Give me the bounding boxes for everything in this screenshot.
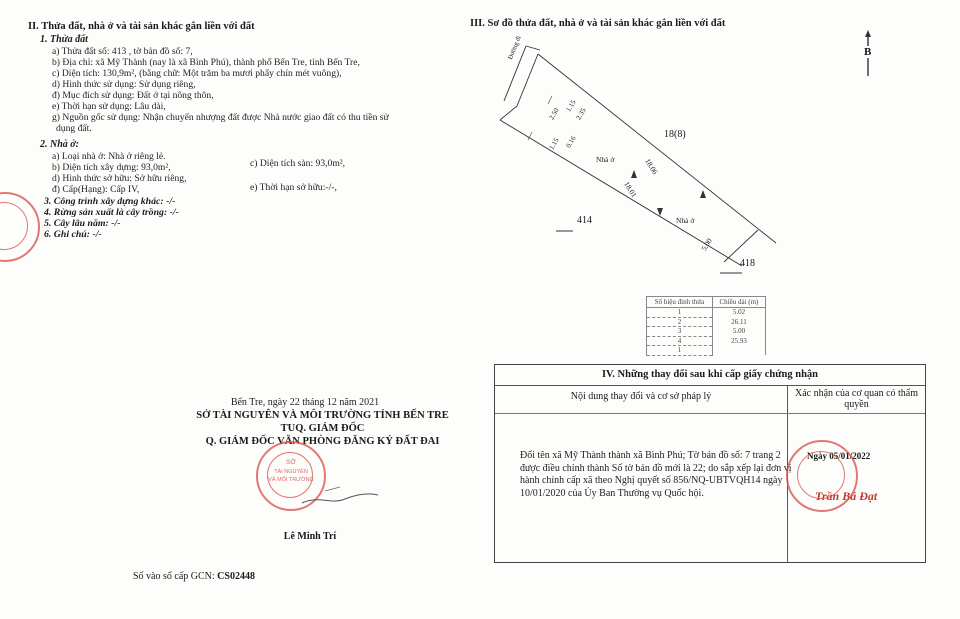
notes: 6. Ghi chú: -/- <box>44 229 179 240</box>
house-label-2: Nhà ở <box>676 216 694 225</box>
changes-table: IV. Những thay đổi sau khi cấp giấy chứn… <box>494 364 926 563</box>
seal-line-1: SỞ <box>258 459 324 467</box>
changes-content: Đổi tên xã Mỹ Thành thành xã Bình Phú; T… <box>520 450 800 500</box>
confirm-seal-stamp <box>786 440 858 512</box>
edge-length: 5.00 <box>712 327 765 337</box>
land-line: d) Hình thức sử dụng: Sử dụng riêng, <box>52 79 389 90</box>
land-details: a) Thửa đất số: 413 , tờ bản đồ số: 7, b… <box>52 46 389 134</box>
registry-number: Số vào sổ cấp GCN: CS02448 <box>133 571 255 582</box>
section-ii-title: II. Thửa đất, nhà ở và tài sản khác gắn … <box>28 21 255 32</box>
changes-col2-header: Xác nhận của cơ quan có thẩm quyền <box>788 388 925 410</box>
sign-tuq: TUQ. GIÁM ĐỐC <box>180 423 465 434</box>
land-line: dụng đất. <box>56 123 389 134</box>
north-label: B <box>863 46 872 58</box>
edge-seal-stamp <box>0 192 40 262</box>
edge-id: 3 <box>647 327 713 337</box>
land-line: c) Diện tích: 130,9m², (bằng chữ: Một tr… <box>52 68 389 79</box>
land-line: b) Địa chỉ: xã Mỹ Thành (nay là xã Bình … <box>52 57 389 68</box>
seal-line-3: VÀ MÔI TRƯỜNG <box>258 476 324 484</box>
neighbor-top-label: 18(8) <box>664 129 686 140</box>
edge-table-header-id: Số hiệu đỉnh thửa <box>647 297 713 308</box>
sign-org: SỞ TÀI NGUYÊN VÀ MÔI TRƯỜNG TỈNH BẾN TRE <box>180 410 465 421</box>
edge-length-table: Số hiệu đỉnh thửa Chiều dài (m) 15.02 22… <box>646 296 766 356</box>
land-line: g) Nguồn gốc sử dụng: Nhận chuyển nhượng… <box>52 112 389 123</box>
production-forest: 4. Rừng sản xuất là cây trồng: -/- <box>44 207 179 218</box>
edge-id: 1 <box>647 308 713 318</box>
edge-id: 2 <box>647 317 713 327</box>
edge-id: 4 <box>647 336 713 346</box>
land-title: 1. Thửa đất <box>40 34 88 45</box>
sign-date: Bến Tre, ngày 22 tháng 12 năm 2021 <box>230 397 380 408</box>
edge-length <box>712 346 765 356</box>
house-type: a) Loại nhà ở: Nhà ở riêng lẻ. <box>52 151 166 162</box>
edge-id: 1 <box>647 346 713 356</box>
house-title: 2. Nhà ở: <box>40 139 79 150</box>
neighbor-bottom-label: 418 <box>740 258 755 269</box>
other-construction: 3. Công trình xây dựng khác: -/- <box>44 196 179 207</box>
land-line: đ) Mục đích sử dụng: Đất ở tại nông thôn… <box>52 90 389 101</box>
edge-table-header-length: Chiều dài (m) <box>712 297 765 308</box>
house-build-area: b) Diện tích xây dựng: 93,0m², <box>52 162 171 173</box>
registry-value: CS02448 <box>217 571 255 582</box>
house-ownership: d) Hình thức sở hữu: Sở hữu riêng, <box>52 173 186 184</box>
neighbor-left-label: 414 <box>577 215 592 226</box>
perennial-trees: 5. Cây lâu năm: -/- <box>44 218 179 229</box>
house-ownership-term: e) Thời hạn sở hữu:-/-, <box>250 182 337 193</box>
section-iii-title: III. Sơ đồ thửa đất, nhà ở và tài sản kh… <box>470 18 725 29</box>
land-line: e) Thời hạn sử dụng: Lâu dài, <box>52 101 389 112</box>
house-floor-area: c) Diện tích sàn: 93,0m², <box>250 158 345 169</box>
seal-line-2: TÀI NGUYÊN <box>258 468 324 476</box>
signer-name: Lê Minh Trí <box>260 531 360 542</box>
land-line: a) Thửa đất số: 413 , tờ bản đồ số: 7, <box>52 46 389 57</box>
parcel-diagram <box>480 40 780 290</box>
sign-role: Q. GIÁM ĐỐC VĂN PHÒNG ĐĂNG KÝ ĐẤT ĐAI <box>180 436 465 447</box>
signature-scribble <box>300 485 380 510</box>
edge-length: 5.02 <box>712 308 765 318</box>
house-grade: đ) Cấp(Hạng): Cấp IV, <box>52 184 139 195</box>
house-label-1: Nhà ở <box>596 155 614 164</box>
edge-length: 26.11 <box>712 317 765 327</box>
changes-title: IV. Những thay đổi sau khi cấp giấy chứn… <box>495 365 925 386</box>
edge-length: 25.93 <box>712 336 765 346</box>
registry-label: Số vào sổ cấp GCN: <box>133 571 215 582</box>
changes-col1-header: Nội dung thay đổi và cơ sở pháp lý <box>495 391 787 402</box>
other-assets: 3. Công trình xây dựng khác: -/- 4. Rừng… <box>44 196 179 240</box>
